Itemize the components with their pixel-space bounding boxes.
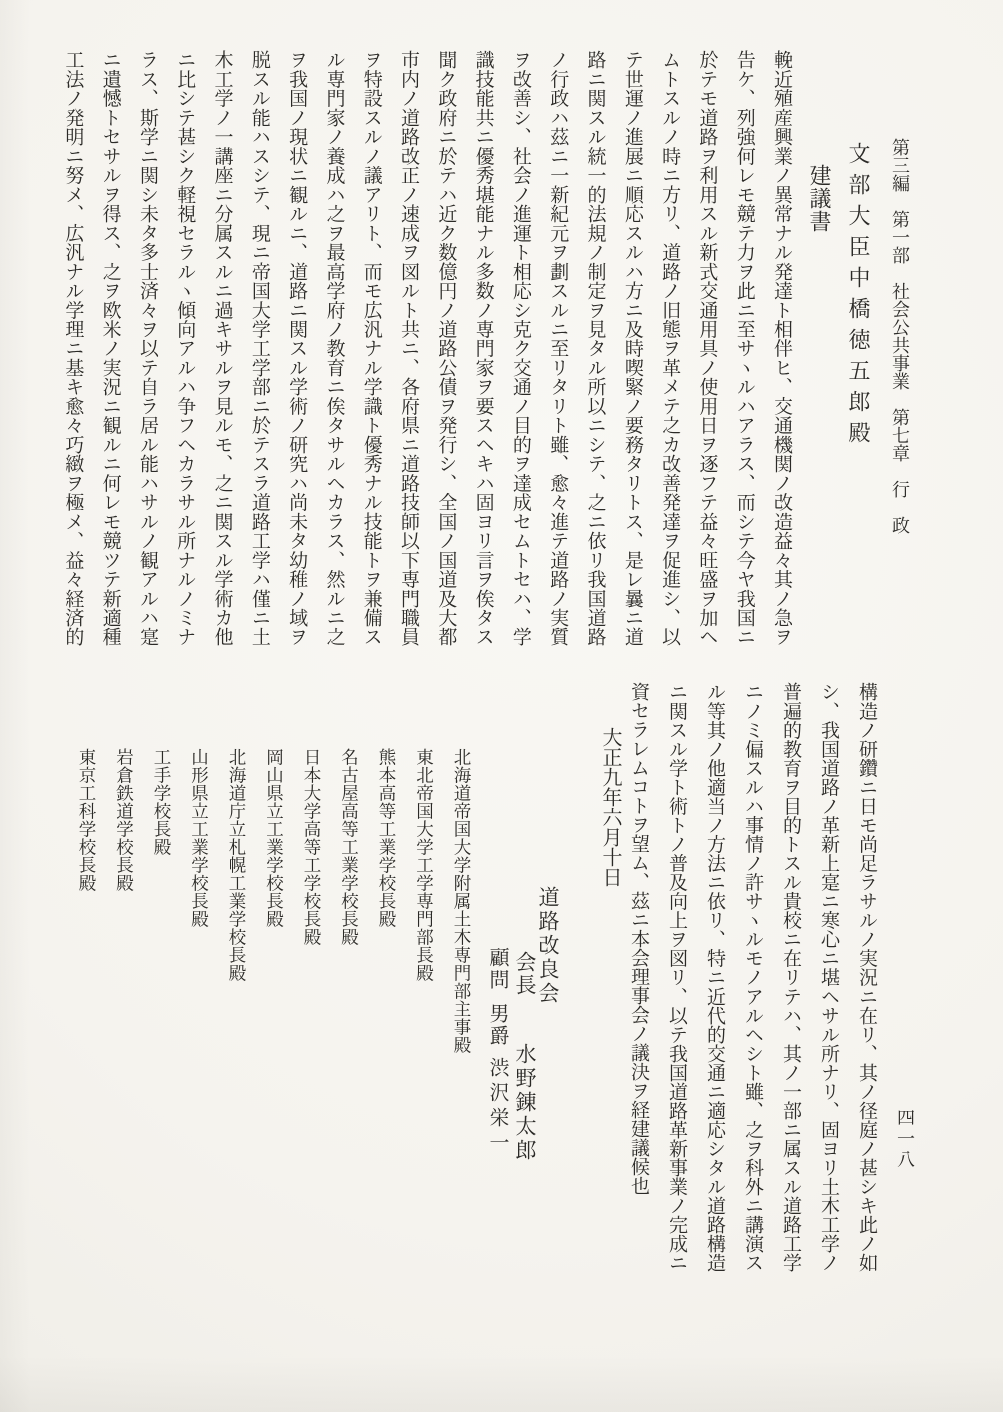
body-line: ムトスルノ時ニ方リ、道路ノ旧態ヲ革メテ之カ改善発達ヲ促進シ、以 xyxy=(651,50,688,646)
document-title: 建議書 xyxy=(800,50,836,646)
signatory-role: 会長 xyxy=(513,951,537,997)
running-head: 第三編 第一部 社会公共事業 第七章 行 政 xyxy=(884,138,914,534)
addressee: 東京工科学校長殿 xyxy=(67,748,105,1168)
body-line: ラス、斯学ニ関シ未タ多士済々ヲ以テ自ラ居ル能ハサルノ観アルハ寔 xyxy=(129,50,166,646)
date-line: 大正九年六月十日 xyxy=(598,727,624,887)
signatory-name: 水野錬太郎 xyxy=(513,1043,537,1163)
body-line: 聞ク政府ニ於テハ近ク数億円ノ道路公債ヲ発行シ、全国ノ国道及大都 xyxy=(427,50,464,646)
body-line: ヲ特設スルノ議アリト、而モ広汎ナル学識ト優秀ナル技能トヲ兼備ス xyxy=(352,50,389,646)
addressee: 北海道帝国大学附属土木専門部主事殿 xyxy=(442,748,480,1168)
signatory-name: 渋沢栄一 xyxy=(486,1057,510,1157)
body-line: 資セラレムコトヲ望ム、茲ニ本会理事会ノ議決ヲ経建議候也 xyxy=(620,682,658,1272)
addressee: 岡山県立工業学校長殿 xyxy=(254,748,292,1168)
addressee: 熊本高等工業学校長殿 xyxy=(367,748,405,1168)
body-line: 普遍的教育ヲ目的トスル貴校ニ在リテハ、其ノ一部ニ属スル道路工学 xyxy=(772,682,810,1272)
body-line: 脱スル能ハスシテ、現ニ帝国大学工学部ニ於テスラ道路工学ハ僅ニ土 xyxy=(241,50,278,646)
body-line: 木工学ノ一講座ニ分属スルニ過キサルヲ見ルモ、之ニ関スル学術カ他 xyxy=(203,50,240,646)
body-line: テ世運ノ進展ニ順応スルハ方ニ及時喫緊ノ要務タリトス、是レ曩ニ道 xyxy=(614,50,651,646)
signature-line-president: 会長水野錬太郎 xyxy=(511,951,538,1163)
body-line: 工法ノ発明ニ努メ、広汎ナル学理ニ基キ愈々巧緻ヲ極メ、益々経済的 xyxy=(54,50,91,646)
body-line: シ、我国道路ノ革新上寔ニ寒心ニ堪ヘサル所ナリ、固ヨリ土木工学ノ xyxy=(810,682,848,1272)
body-line: 路ニ関スル統一的法規ノ制定ヲ見タル所以ニシテ、之ニ依リ我国道路 xyxy=(576,50,613,646)
body-line: 告ケ、列強何レモ競テ力ヲ此ニ至サヽルハアラス、而シテ今ヤ我国ニ xyxy=(725,50,762,646)
petition-upper-block: 文部大臣中橋徳五郎殿 建議書 輓近殖産興業ノ異常ナル発達ト相伴ヒ、交通機関ノ改造… xyxy=(54,50,878,646)
body-line: ル専門家ノ養成ハ之ヲ最高学府ノ教育ニ俟タサルヘカラス、然ルニ之 xyxy=(315,50,352,646)
signatory-honorific: 男爵 xyxy=(486,1003,510,1047)
addressee: 北海道庁立札幌工業学校長殿 xyxy=(217,748,255,1168)
scanned-document-page: 第三編 第一部 社会公共事業 第七章 行 政 四一八 文部大臣中橋徳五郎殿 建議… xyxy=(0,0,1003,1412)
addressee-list: 北海道帝国大学附属土木専門部主事殿 東北帝国大学工学専門部長殿 熊本高等工業学校… xyxy=(67,748,480,1168)
addressee: 東北帝国大学工学専門部長殿 xyxy=(404,748,442,1168)
body-line: ノ行政ハ茲ニ一新紀元ヲ劃スルニ至リタリト雖、愈々進テ道路ノ実質 xyxy=(539,50,576,646)
petition-lower-block: 構造ノ研鑽ニ日モ尚足ラサルノ実況ニ在リ、其ノ径庭ノ甚シキ此ノ如 シ、我国道路ノ革… xyxy=(620,682,886,1272)
body-line: ニ比シテ甚シク軽視セラルヽ傾向アルハ争フヘカラサル所ナルノミナ xyxy=(166,50,203,646)
organization-name: 道路改良会 xyxy=(534,886,561,1006)
addressee: 岩倉鉄道学校長殿 xyxy=(104,748,142,1168)
body-line: 識技能共ニ優秀堪能ナル多数ノ専門家ヲ要スヘキハ固ヨリ言ヲ俟タス xyxy=(464,50,501,646)
signature-line-advisor: 顧問男爵渋沢栄一 xyxy=(485,947,511,1157)
body-line: ニ関スル学ト術トノ普及向上ヲ図リ、以テ我国道路革新事業ノ完成ニ xyxy=(658,682,696,1272)
addressee: 日本大学高等工学校長殿 xyxy=(292,748,330,1168)
body-line: ヲ改善シ、社会ノ進運ト相応シ克ク交通ノ目的ヲ達成セムトセハ、学 xyxy=(502,50,539,646)
addressee: 名古屋高等工業学校長殿 xyxy=(329,748,367,1168)
body-line: 於テモ道路ヲ利用スル新式交通用具ノ使用日ヲ逐フテ益々旺盛ヲ加ヘ xyxy=(688,50,725,646)
page-number: 四一八 xyxy=(891,1108,917,1171)
body-line: ル等其ノ他適当ノ方法ニ依リ、特ニ近代的交通ニ適応シタル道路構造 xyxy=(696,682,734,1272)
body-line: ニ遺憾トセサルヲ得ス、之ヲ欧米ノ実況ニ観ルニ何レモ競ツテ新適種 xyxy=(91,50,128,646)
body-line: ニノミ偏スルハ事情ノ許サヽルモノアルヘシト雖、之ヲ科外ニ講演ス xyxy=(734,682,772,1272)
body-line: 市内ノ道路改正ノ速成ヲ図ルト共ニ、各府県ニ道路技師以下専門職員 xyxy=(390,50,427,646)
addressee: 工手学校長殿 xyxy=(142,748,180,1168)
signatory-role: 顧問 xyxy=(486,947,510,991)
addressee: 山形県立工業学校長殿 xyxy=(179,748,217,1168)
body-line: ヲ我国ノ現状ニ観ルニ、道路ニ関スル学術ノ研究ハ尚未タ幼稚ノ域ヲ xyxy=(278,50,315,646)
body-line: 輓近殖産興業ノ異常ナル発達ト相伴ヒ、交通機関ノ改造益々其ノ急ヲ xyxy=(763,50,800,646)
recipient-line: 文部大臣中橋徳五郎殿 xyxy=(836,50,878,646)
body-line: 構造ノ研鑽ニ日モ尚足ラサルノ実況ニ在リ、其ノ径庭ノ甚シキ此ノ如 xyxy=(848,682,886,1272)
